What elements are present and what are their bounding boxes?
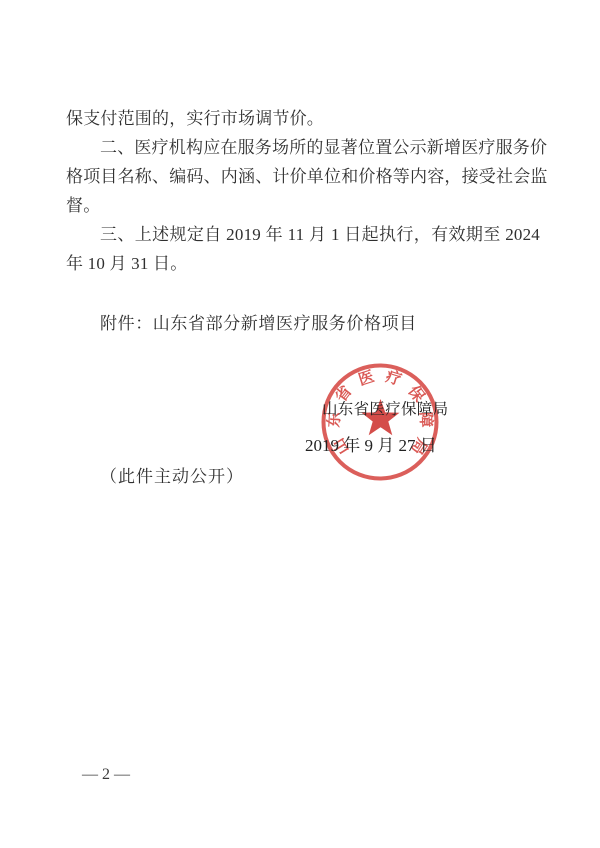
body-line: 格项目名称、编码、内涵、计价单位和价格等内容，接受社会监 xyxy=(66,162,540,191)
body-line: 年 10 月 31 日。 xyxy=(66,249,540,278)
body-line: 保支付范围的，实行市场调节价。 xyxy=(66,104,540,133)
disclosure-note: （此件主动公开） xyxy=(100,462,244,491)
body-line: 二、医疗机构应在服务场所的显著位置公示新增医疗服务价 xyxy=(100,133,540,162)
body-text: 保支付范围的，实行市场调节价。 二、医疗机构应在服务场所的显著位置公示新增医疗服… xyxy=(66,104,540,278)
document-page: 保支付范围的，实行市场调节价。 二、医疗机构应在服务场所的显著位置公示新增医疗服… xyxy=(0,0,600,848)
official-seal: 山东省医疗保障局 xyxy=(310,347,450,497)
issue-date: 2019 年 9 月 27 日 xyxy=(305,436,437,456)
body-line: 督。 xyxy=(66,191,540,220)
attachment-line: 附件：山东省部分新增医疗服务价格项目 xyxy=(100,309,417,338)
issuer-name: 山东省医疗保障局 xyxy=(322,400,448,420)
body-line: 三、上述规定自 2019 年 11 月 1 日起执行，有效期至 2024 xyxy=(100,220,540,249)
page-number: — 2 — xyxy=(82,765,130,785)
